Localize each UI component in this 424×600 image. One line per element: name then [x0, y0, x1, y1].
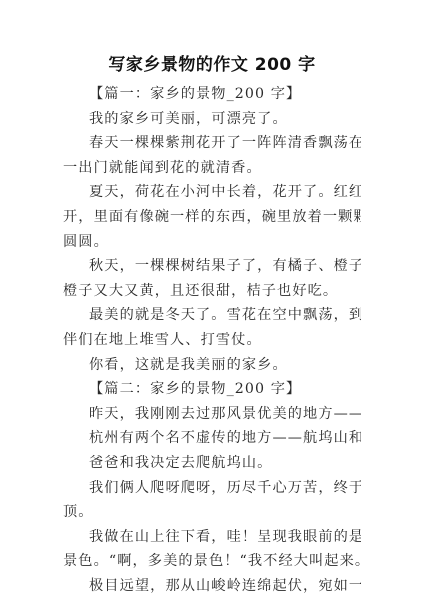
text-line: 夏天，荷花在小河中长着，花开了。红红的花瓣展	[63, 180, 361, 205]
text-line: 景色。“啊，多美的景色！“我不经大叫起来。	[63, 549, 361, 574]
document-page: 写家乡景物的作文 200 字 【篇一：家乡的景物_200 字】 我的家乡可美丽，…	[0, 0, 424, 600]
text-line: 我做在山上往下看，哇！呈现我眼前的是一片美丽的	[63, 525, 361, 550]
text-line: 杭州有两个名不虚传的地方——航坞山和航坞公园。	[63, 426, 361, 451]
text-line: 开，里面有像碗一样的东西，碗里放着一颗颗可以吃的小	[63, 205, 361, 230]
text-line: 圆圆。	[63, 230, 361, 255]
text-line: 你看，这就是我美丽的家乡。	[63, 353, 361, 378]
text-line: 我们俩人爬呀爬呀，历尽千心万苦，终于爬上了山	[63, 476, 361, 501]
text-line: 爸爸和我决定去爬航坞山。	[63, 451, 361, 476]
text-line: 我的家乡可美丽，可漂亮了。	[63, 107, 361, 132]
text-line: 伴们在地上堆雪人、打雪仗。	[63, 328, 361, 353]
text-line: 顶。	[63, 500, 361, 525]
text-line: 秋天，一棵棵树结果子了，有橘子、橙子……哪里的	[63, 254, 361, 279]
text-line: 春天一棵棵紫荆花开了一阵阵清香飘荡在路旁，只要	[63, 131, 361, 156]
section-heading-1: 【篇一：家乡的景物_200 字】	[63, 82, 361, 107]
section-heading-2: 【篇二：家乡的景物_200 字】	[63, 377, 361, 402]
text-line: 最美的就是冬天了。雪花在空中飘荡，到了中午，伙	[63, 303, 361, 328]
text-line: 橙子又大又黄，且还很甜，桔子也好吃。	[63, 279, 361, 304]
text-line: 一出门就能闻到花的就清香。	[63, 156, 361, 181]
text-line: 昨天，我刚刚去过那风景优美的地方——瓜历。	[63, 402, 361, 427]
document-body: 【篇一：家乡的景物_200 字】 我的家乡可美丽，可漂亮了。 春天一棵棵紫荆花开…	[63, 82, 361, 598]
document-title: 写家乡景物的作文 200 字	[0, 50, 424, 75]
text-line: 极目远望，那从山峻岭连绵起伏，宛如一条长长的巨	[63, 574, 361, 599]
